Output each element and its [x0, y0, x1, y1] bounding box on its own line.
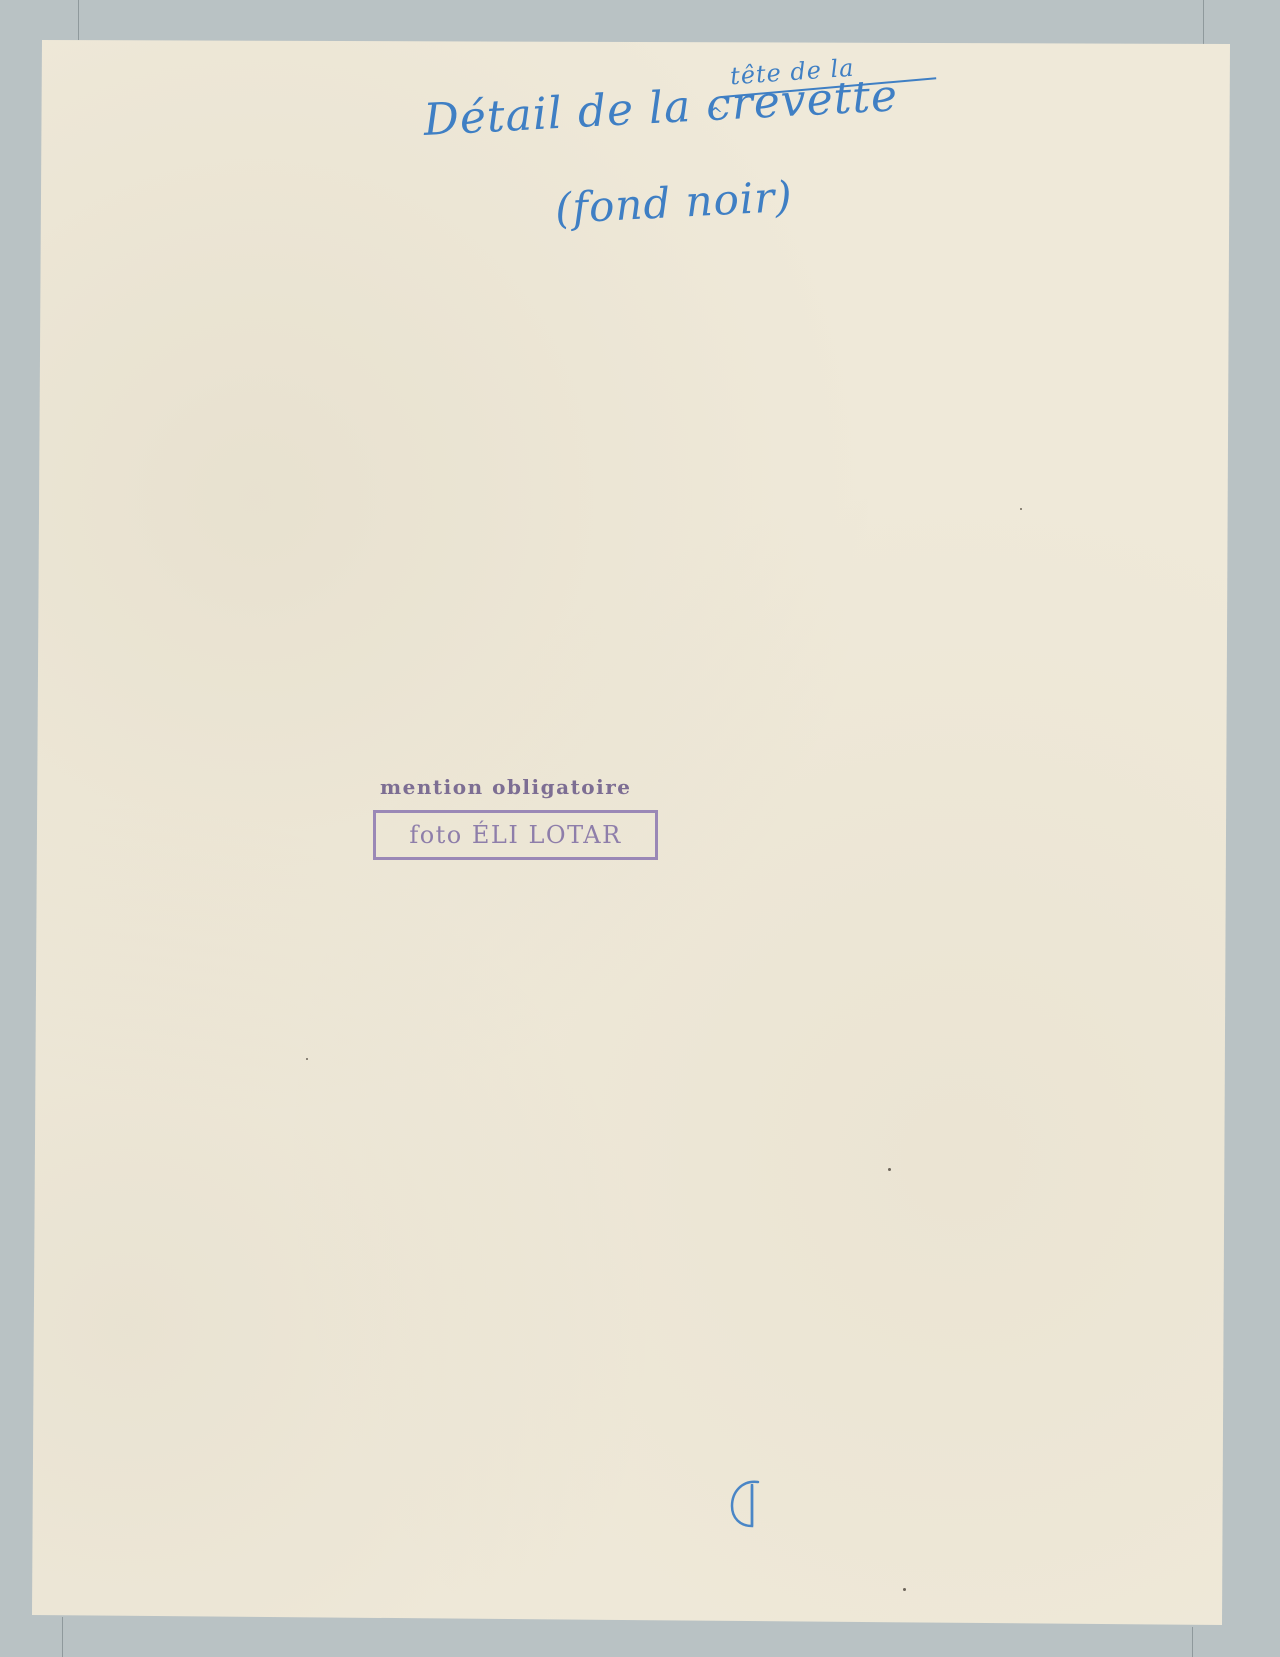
archive-mark-icon: [728, 1478, 764, 1530]
insertion-caret-icon: ^: [708, 104, 723, 125]
background-guide-line: [1192, 1627, 1193, 1657]
paper-speck: [903, 1588, 906, 1591]
paper-speck: [306, 1058, 308, 1060]
background-guide-line: [62, 1617, 63, 1657]
paper-speck: [888, 1168, 891, 1171]
paper-speck: [1020, 508, 1022, 510]
background-guide-line: [78, 0, 79, 40]
photographer-stamp: foto ÉLI LOTAR: [373, 810, 658, 860]
background-guide-line: [1203, 0, 1204, 44]
stamp-header: mention obligatoire: [380, 775, 632, 799]
stamp-credit: foto ÉLI LOTAR: [409, 821, 621, 849]
